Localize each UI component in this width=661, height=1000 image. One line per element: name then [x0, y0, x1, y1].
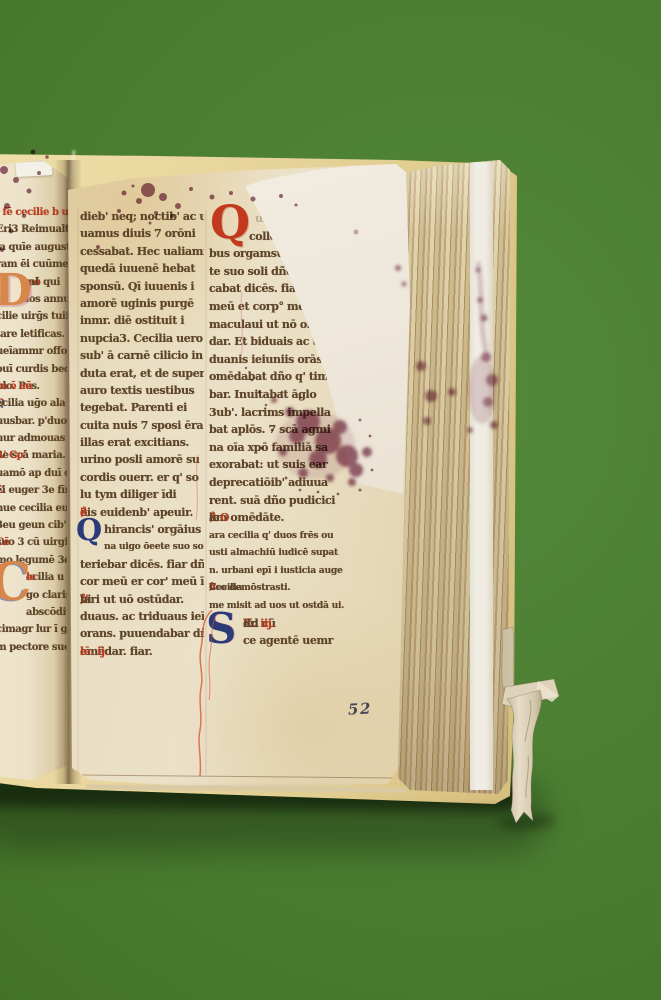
ribbon-bookmark-tie [0, 0, 661, 1000]
ribbon-attachment-nub [502, 627, 514, 688]
ribbon-vertical-strap [507, 690, 542, 823]
photo-open-medieval-manuscript: i fē cecilie b uirḡ ailEri3 Reimualtuē q… [0, 0, 661, 1000]
